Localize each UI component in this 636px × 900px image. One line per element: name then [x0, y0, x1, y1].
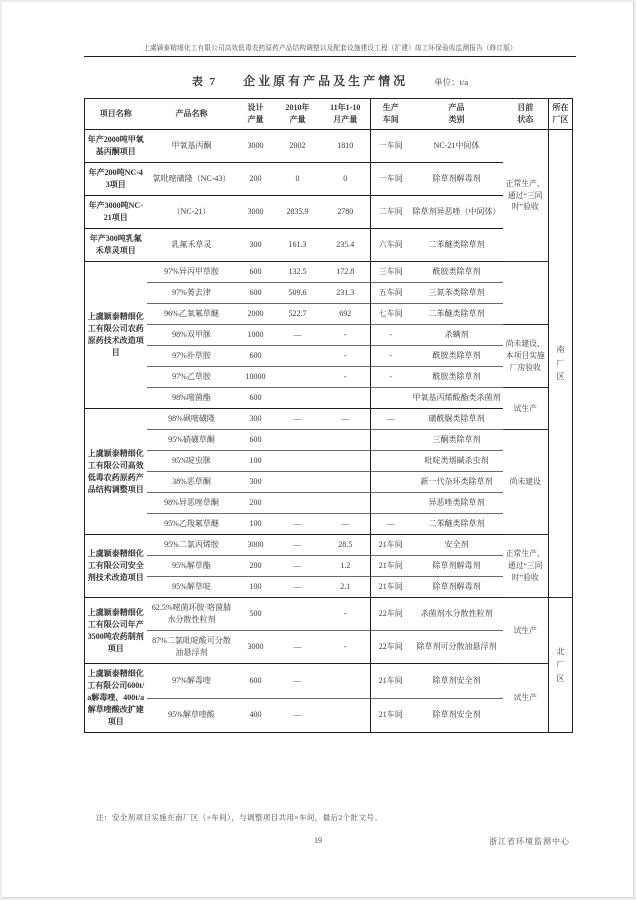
output-2011-cell: -: [321, 367, 371, 388]
category-cell: 除草剂解毒剂: [411, 163, 503, 196]
output-2011-cell: [321, 388, 371, 409]
product-name-cell: 95%二氯丙烯胺: [147, 535, 237, 556]
output-2010-cell: —: [275, 556, 321, 577]
category-cell: 异恶唑类除草剂: [411, 493, 503, 514]
workshop-cell: 五车间: [371, 283, 411, 304]
product-name-cell: （NC-21）: [147, 196, 237, 229]
design-output-cell: 100: [237, 514, 275, 535]
output-2010-cell: [275, 451, 321, 472]
workshop-cell: 21车间: [371, 577, 411, 598]
output-2011-cell: 2780: [321, 196, 371, 229]
column-header: 产品 类别: [411, 99, 503, 130]
output-2010-cell: —: [275, 631, 321, 664]
product-name-cell: 98%嘧菌酯: [147, 388, 237, 409]
design-output-cell: 600: [237, 262, 275, 283]
category-cell: 三酮类除草剂: [411, 430, 503, 451]
output-2010-cell: 2835.9: [275, 196, 321, 229]
project-name-cell: 上虞颖泰精细化工有限公司安全剂技术改造项目: [85, 535, 147, 598]
product-name-cell: 97%莠去津: [147, 283, 237, 304]
design-output-cell: 200: [237, 556, 275, 577]
product-name-cell: 87%二氯吡啶酸可分散油悬浮剂: [147, 631, 237, 664]
table-title: 企业原有产品及生产情况: [243, 72, 408, 89]
design-output-cell: 600: [237, 388, 275, 409]
project-name-cell: 上虞颖泰精细化工有限公司农药原药技术改造项目: [85, 262, 147, 409]
district-cell: 北厂区: [549, 598, 573, 733]
column-header: 目前 状态: [503, 99, 549, 130]
product-name-cell: 98%异恶唑草酮: [147, 493, 237, 514]
design-output-cell: 200: [237, 493, 275, 514]
design-output-cell: 3000: [237, 535, 275, 556]
workshop-cell: 21车间: [371, 698, 411, 733]
table-label: 表 7: [192, 73, 217, 89]
product-name-cell: 氯吡嘧磺隆（NC-43）: [147, 163, 237, 196]
output-2010-cell: [275, 430, 321, 451]
design-output-cell: 10000: [237, 367, 275, 388]
status-cell: 试生产: [503, 598, 549, 664]
output-2011-cell: [321, 472, 371, 493]
output-2010-cell: —: [275, 325, 321, 346]
category-cell: 二苯醚类除草剂: [411, 229, 503, 262]
status-cell: 尚未建设，本项目实施厂房验收: [503, 325, 549, 388]
workshop-cell: 21车间: [371, 556, 411, 577]
product-name-cell: 乳氟禾草灵: [147, 229, 237, 262]
category-cell: 除草剂可分散油悬浮剂: [411, 631, 503, 664]
product-name-cell: 95%乙羧氟草醚: [147, 514, 237, 535]
output-2010-cell: [275, 472, 321, 493]
output-2011-cell: 231.3: [321, 283, 371, 304]
output-2011-cell: 0: [321, 163, 371, 196]
output-2011-cell: -: [321, 631, 371, 664]
output-2011-cell: -: [321, 346, 371, 367]
category-cell: NC-21中间体: [411, 130, 503, 163]
output-2010-cell: —: [275, 535, 321, 556]
category-cell: 酰胺类除草剂: [411, 262, 503, 283]
project-name-cell: 年产2000吨甲氧基丙酮项目: [85, 130, 147, 163]
product-name-cell: 98%双甲脒: [147, 325, 237, 346]
workshop-cell: 六车间: [371, 229, 411, 262]
table-header: 项目名称产品名称设计 产量2010年 产量11年1-10 月产量生产 车间产品 …: [85, 99, 573, 130]
category-cell: 除草剂安全剂: [411, 698, 503, 733]
design-output-cell: 2000: [237, 304, 275, 325]
output-2010-cell: —: [275, 409, 321, 430]
category-cell: 杀菌剂水分散性粒剂: [411, 598, 503, 631]
design-output-cell: 600: [237, 283, 275, 304]
products-table: 项目名称产品名称设计 产量2010年 产量11年1-10 月产量生产 车间产品 …: [84, 98, 573, 733]
project-name-cell: 年产300吨乳氟禾草灵项目: [85, 229, 147, 262]
status-cell: 正常生产，通过“三同时”验收: [503, 130, 549, 262]
workshop-cell: 七车间: [371, 304, 411, 325]
workshop-cell: -: [371, 367, 411, 388]
table-footnote: 注：安全剂项目实施在南厂区（×车间），与调整项目共用×车间，最后2个批文号。: [96, 812, 566, 823]
category-cell: 新一代杂环类除草剂: [411, 472, 503, 493]
table-body: 年产2000吨甲氧基丙酮项目甲氧基丙酮300020021810一车间NC-21中…: [85, 130, 573, 733]
workshop-cell: 21车间: [371, 535, 411, 556]
category-cell: 安全剂: [411, 535, 503, 556]
output-2010-cell: 161.3: [275, 229, 321, 262]
output-2011-cell: —: [321, 409, 371, 430]
workshop-cell: 一车间: [371, 163, 411, 196]
output-2010-cell: [275, 598, 321, 631]
product-name-cell: 95%解草啶: [147, 577, 237, 598]
output-2010-cell: [275, 346, 321, 367]
status-cell: 正常生产，通过“三同时”验收: [503, 535, 549, 598]
design-output-cell: 400: [237, 698, 275, 733]
category-cell: 吡啶类烟碱杀虫剂: [411, 451, 503, 472]
design-output-cell: 3000: [237, 130, 275, 163]
output-2011-cell: 235.4: [321, 229, 371, 262]
category-cell: 除草剂解毒剂: [411, 577, 503, 598]
category-cell: 甲氧基丙烯酸酯类杀菌剂: [411, 388, 503, 409]
category-cell: 杀螨剂: [411, 325, 503, 346]
product-name-cell: 95%硝磺草酮: [147, 430, 237, 451]
project-name-cell: 上虞颖泰精细化工有限公司600t/a解毒喹、400t/a解草喹酸改扩建项目: [85, 664, 147, 733]
column-header: 2010年 产量: [275, 99, 321, 130]
category-cell: 除草剂解毒剂: [411, 556, 503, 577]
status-cell: [503, 262, 549, 325]
output-2010-cell: 522.7: [275, 304, 321, 325]
product-name-cell: 38%恶草酮: [147, 472, 237, 493]
document-header: 上虞颖泰精细化工有限公司高效低毒农药原药产品结构调整以及配套设施建设工程（扩建）…: [84, 42, 576, 57]
design-output-cell: 3000: [237, 631, 275, 664]
output-2011-cell: [321, 698, 371, 733]
category-cell: 除草剂异恶唑（中间体）: [411, 196, 503, 229]
product-name-cell: 95%解草酯: [147, 556, 237, 577]
category-cell: 酰胺类除草剂: [411, 346, 503, 367]
output-2010-cell: 0: [275, 163, 321, 196]
project-name-cell: 年产3000吨NC-21项目: [85, 196, 147, 229]
category-cell: 三氮苯类除草剂: [411, 283, 503, 304]
workshop-cell: 21车间: [371, 664, 411, 699]
output-2010-cell: [275, 493, 321, 514]
design-output-cell: 100: [237, 451, 275, 472]
product-name-cell: 62.5%嘧菌环胺·咯菌腈水分散性粒剂: [147, 598, 237, 631]
product-name-cell: 96%乙氧氟草醚: [147, 304, 237, 325]
status-cell: 试生产: [503, 388, 549, 430]
product-name-cell: 97%解毒喹: [147, 664, 237, 699]
workshop-cell: -: [371, 346, 411, 367]
output-2010-cell: 509.6: [275, 283, 321, 304]
footer-organization: 浙江省环境监测中心: [489, 836, 570, 847]
output-2011-cell: —: [321, 514, 371, 535]
column-header: 生产 车间: [371, 99, 411, 130]
workshop-cell: [371, 472, 411, 493]
category-cell: 二苯醚类除草剂: [411, 514, 503, 535]
unit-label: 单位：t/a: [434, 76, 468, 88]
workshop-cell: 三车间: [371, 262, 411, 283]
output-2010-cell: 2002: [275, 130, 321, 163]
workshop-cell: —: [371, 514, 411, 535]
product-name-cell: 97%异丙甲草胺: [147, 262, 237, 283]
output-2010-cell: —: [275, 664, 321, 699]
output-2011-cell: [321, 493, 371, 514]
output-2010-cell: [275, 367, 321, 388]
output-2010-cell: [275, 388, 321, 409]
product-name-cell: 97%扑草胺: [147, 346, 237, 367]
output-2011-cell: 2.1: [321, 577, 371, 598]
product-name-cell: 95%啶虫脒: [147, 451, 237, 472]
workshop-cell: 一车间: [371, 130, 411, 163]
project-name-cell: 上虞颖泰精细化工有限公司年产3500吨农药制剂项目: [85, 598, 147, 664]
column-header: 11年1-10 月产量: [321, 99, 371, 130]
table-title-row: 表 7 企业原有产品及生产情况 单位：t/a: [84, 72, 576, 89]
column-header: 产品名称: [147, 99, 237, 130]
design-output-cell: 600: [237, 430, 275, 451]
category-cell: 除草剂安全剂: [411, 664, 503, 699]
district-cell: 南厂区: [549, 130, 573, 598]
output-2010-cell: —: [275, 514, 321, 535]
workshop-cell: 二车间: [371, 196, 411, 229]
table-wrapper: 项目名称产品名称设计 产量2010年 产量11年1-10 月产量生产 车间产品 …: [84, 98, 576, 733]
district-text: 北厂区: [557, 645, 565, 686]
workshop-cell: —: [371, 409, 411, 430]
design-output-cell: 600: [237, 664, 275, 699]
output-2010-cell: —: [275, 577, 321, 598]
workshop-cell: [371, 493, 411, 514]
category-cell: 二苯醚类除草剂: [411, 304, 503, 325]
output-2011-cell: [321, 430, 371, 451]
column-header: 所在 厂区: [549, 99, 573, 130]
product-name-cell: 98%砜嘧磺隆: [147, 409, 237, 430]
status-cell: 试生产: [503, 664, 549, 733]
status-cell: 尚未建设: [503, 430, 549, 535]
product-name-cell: 甲氧基丙酮: [147, 130, 237, 163]
design-output-cell: 200: [237, 163, 275, 196]
output-2011-cell: 692: [321, 304, 371, 325]
design-output-cell: 600: [237, 346, 275, 367]
output-2010-cell: —: [275, 698, 321, 733]
output-2011-cell: [321, 451, 371, 472]
workshop-cell: 22车间: [371, 598, 411, 631]
design-output-cell: 300: [237, 229, 275, 262]
district-text: 南厂区: [557, 343, 565, 384]
output-2011-cell: 1.2: [321, 556, 371, 577]
workshop-cell: [371, 451, 411, 472]
design-output-cell: 3000: [237, 196, 275, 229]
output-2011-cell: 28.5: [321, 535, 371, 556]
output-2011-cell: -: [321, 598, 371, 631]
scanned-page: 上虞颖泰精细化工有限公司高效低毒农药原药产品结构调整以及配套设施建设工程（扩建）…: [0, 0, 636, 900]
workshop-cell: [371, 430, 411, 451]
project-name-cell: 年产200吨NC-43项目: [85, 163, 147, 196]
design-output-cell: 1000: [237, 325, 275, 346]
output-2011-cell: 172.8: [321, 262, 371, 283]
product-name-cell: 97%乙草胺: [147, 367, 237, 388]
design-output-cell: 500: [237, 598, 275, 631]
project-name-cell: 上虞颖泰精细化工有限公司高效低毒农药原药产品结构调整项目: [85, 409, 147, 535]
output-2011-cell: [321, 664, 371, 699]
column-header: 项目名称: [85, 99, 147, 130]
output-2011-cell: 1810: [321, 130, 371, 163]
product-name-cell: 95%解草喹酸: [147, 698, 237, 733]
workshop-cell: [371, 388, 411, 409]
category-cell: 磺酰脲类除草剂: [411, 409, 503, 430]
workshop-cell: 22车间: [371, 631, 411, 664]
column-header: 设计 产量: [237, 99, 275, 130]
design-output-cell: 300: [237, 472, 275, 493]
workshop-cell: -: [371, 325, 411, 346]
output-2011-cell: -: [321, 325, 371, 346]
design-output-cell: 100: [237, 577, 275, 598]
design-output-cell: 300: [237, 409, 275, 430]
category-cell: 酰胺类除草剂: [411, 367, 503, 388]
output-2010-cell: 132.5: [275, 262, 321, 283]
